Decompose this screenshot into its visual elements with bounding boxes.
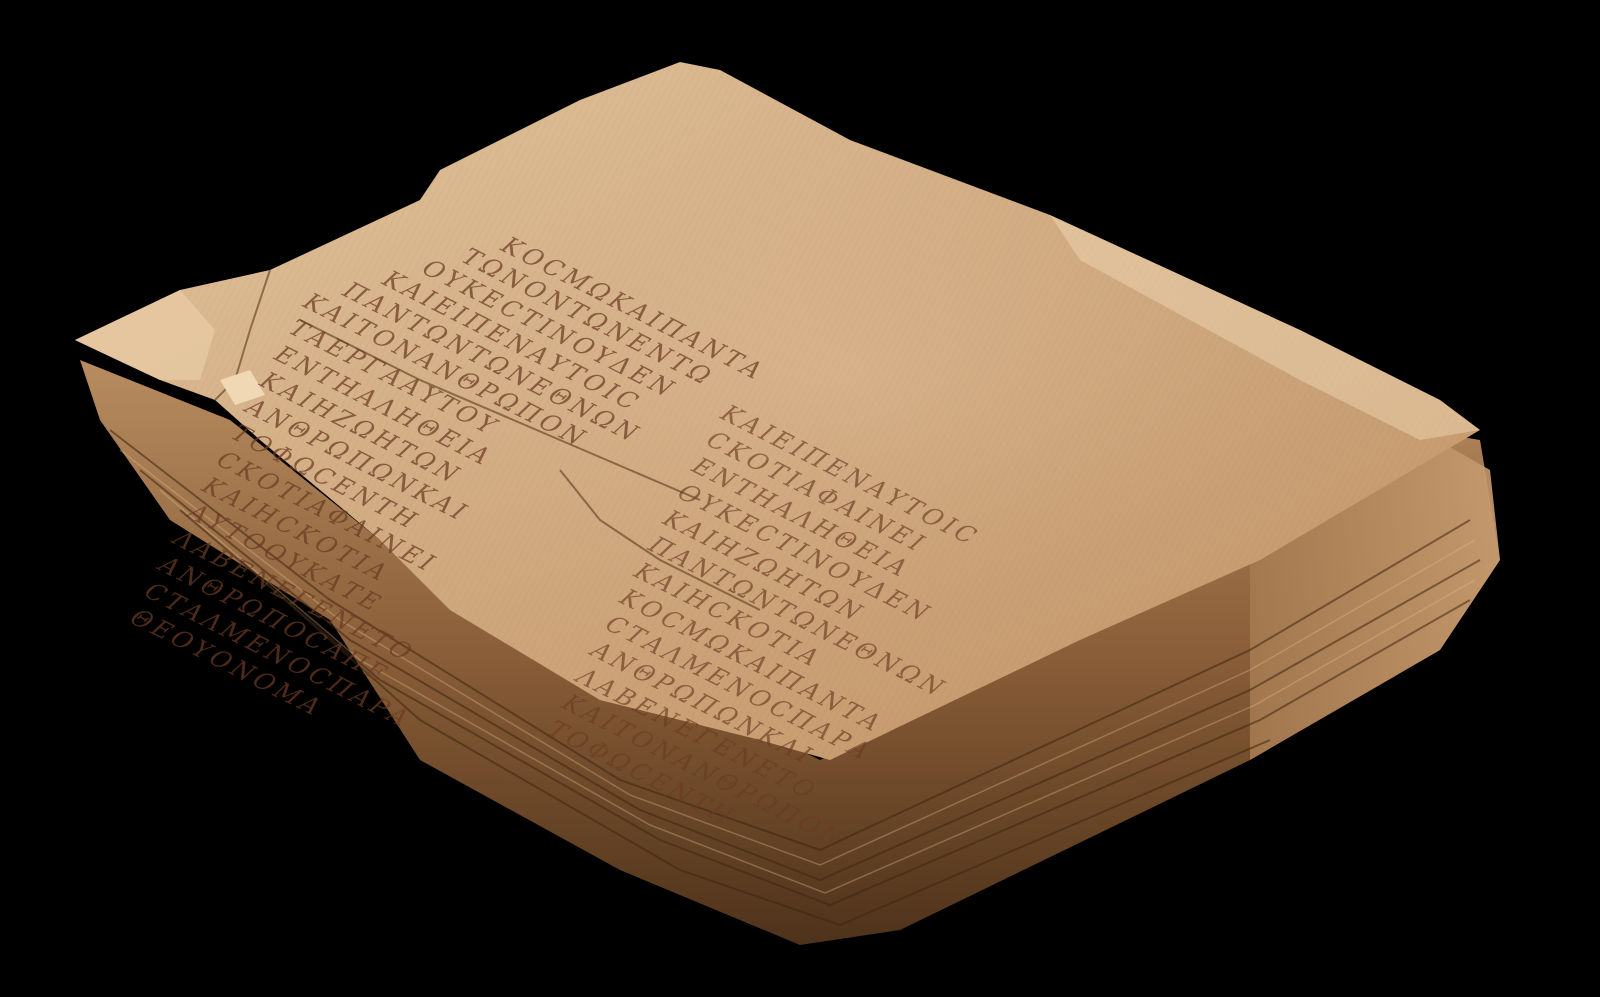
papyrus-codex-illustration: ΚΑΙΤΟΝΑΝΘΡΩΠΟΝ ΠΑΝΤΩΝΤΩΝΕΘΝΩΝ ΚΑΙΕΙΠΕΝΑΥ… xyxy=(0,0,1600,997)
photo-scene: ΚΑΙΤΟΝΑΝΘΡΩΠΟΝ ΠΑΝΤΩΝΤΩΝΕΘΝΩΝ ΚΑΙΕΙΠΕΝΑΥ… xyxy=(0,0,1600,997)
